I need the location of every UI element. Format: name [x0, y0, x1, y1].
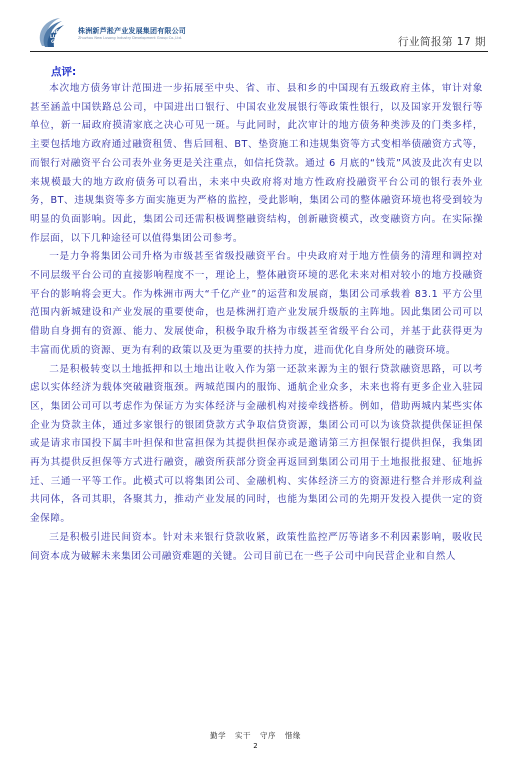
page-header: NEW LUSONG GROUP 株洲新芦淞产业发展集团有限公司 Zhuzhou… — [30, 16, 488, 52]
paragraph-point-three: 三是积极引进民间资本。针对未来银行贷款收紧，政策性监控严厉等诸多不利因素影响，吸… — [30, 529, 483, 566]
header-divider — [30, 51, 488, 52]
page-number: 2 — [0, 742, 511, 750]
section-title: 点评: — [51, 64, 76, 79]
issue-label: 行业简报第 17 期 — [398, 34, 486, 49]
company-name-en: Zhuzhou New Lusong Industry Development … — [78, 36, 182, 40]
company-logo-icon: NEW LUSONG GROUP — [36, 16, 76, 50]
company-name-cn: 株洲新芦淞产业发展集团有限公司 — [78, 26, 186, 36]
paragraph-point-one: 一是力争将集团公司升格为市级甚至省级投融资平台。中央政府对于地方性债务的清理和调… — [30, 248, 483, 360]
document-body: 本次地方债务审计范围进一步拓展至中央、省、市、县和乡的中国现有五级政府主体，审计… — [30, 80, 483, 566]
svg-text:GROUP: GROUP — [51, 39, 70, 45]
paragraph-point-two: 二是积极转变以土地抵押和以土地出让收入作为第一还款来源为主的银行贷款融资思路，可… — [30, 361, 483, 529]
footer-motto: 勤学 实干 守序 惜缘 — [0, 730, 511, 741]
paragraph-commentary: 本次地方债务审计范围进一步拓展至中央、省、市、县和乡的中国现有五级政府主体，审计… — [30, 80, 483, 248]
